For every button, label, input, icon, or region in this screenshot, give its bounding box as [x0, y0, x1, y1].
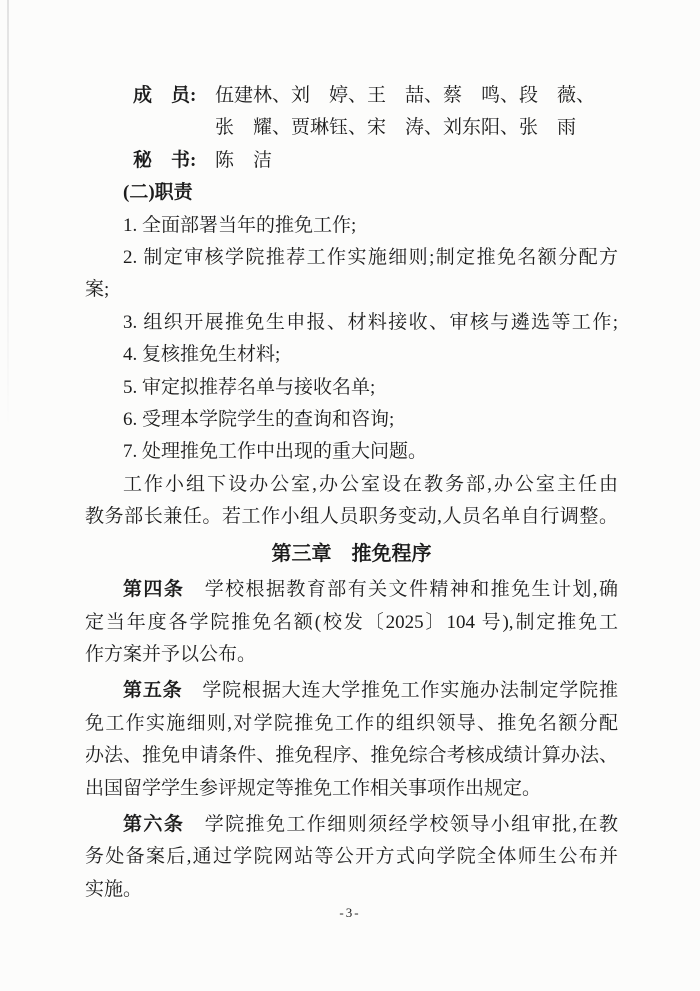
duty-item-2-line-1: 2. 制定审核学院推荐工作实施细则;制定推免名额分配方	[85, 242, 618, 274]
article-6-line-3: 实施。	[85, 874, 618, 906]
members-row: 成 员: 伍建林、刘 婷、王 喆、蔡 鸣、段 薇、	[85, 80, 618, 112]
duty-item-3: 3. 组织开展推免生申报、材料接收、审核与遴选等工作;	[85, 307, 618, 339]
article-4-text: 学校根据教育部有关文件精神和推免生计划,确	[184, 579, 618, 600]
office-paragraph-line-1: 工作小组下设办公室,办公室设在教务部,办公室主任由	[85, 469, 618, 501]
office-paragraph-line-2: 教务部长兼任。若工作小组人员职务变动,人员名单自行调整。	[85, 501, 618, 533]
secretary-label: 秘 书:	[133, 145, 215, 177]
duty-item-6: 6. 受理本学院学生的查询和咨询;	[85, 404, 618, 436]
article-5-line-1: 第五条 学院根据大连大学推免工作实施办法制定学院推	[85, 675, 618, 707]
duty-item-1: 1. 全面部署当年的推免工作;	[85, 210, 618, 242]
chapter-3-heading: 第三章 推免程序	[85, 538, 618, 570]
duty-item-2-line-2: 案;	[85, 274, 618, 306]
duty-item-4: 4. 复核推免生材料;	[85, 339, 618, 371]
members-row-continued: 张 耀、贾琳钰、宋 涛、刘东阳、张 雨	[85, 112, 618, 144]
article-4-term: 第四条	[123, 579, 184, 600]
article-6-text: 学院推免工作细则须经学校领导小组审批,在教	[184, 814, 618, 835]
article-4-line-1: 第四条 学校根据教育部有关文件精神和推免生计划,确	[85, 574, 618, 606]
article-4-line-3: 作方案并予以公布。	[85, 639, 618, 671]
duty-item-5: 5. 审定拟推荐名单与接收名单;	[85, 372, 618, 404]
document-page: 成 员: 伍建林、刘 婷、王 喆、蔡 鸣、段 薇、 张 耀、贾琳钰、宋 涛、刘东…	[0, 0, 700, 991]
scan-edge-artifact	[7, 0, 9, 430]
members-names-line-1: 伍建林、刘 婷、王 喆、蔡 鸣、段 薇、	[215, 80, 595, 112]
article-5-line-3: 办法、推免申请条件、推免程序、推免综合考核成绩计算办法、	[85, 740, 618, 772]
article-6-term: 第六条	[123, 814, 184, 835]
document-body: 成 员: 伍建林、刘 婷、王 喆、蔡 鸣、段 薇、 张 耀、贾琳钰、宋 涛、刘东…	[85, 80, 618, 906]
article-5-term: 第五条	[123, 680, 183, 701]
secretary-name: 陈 洁	[215, 145, 272, 177]
article-5-text: 学院根据大连大学推免工作实施办法制定学院推	[183, 680, 618, 701]
article-6-line-2: 务处备案后,通过学院网站等公开方式向学院全体师生公布并	[85, 841, 618, 873]
members-names-line-2: 张 耀、贾琳钰、宋 涛、刘东阳、张 雨	[215, 117, 576, 138]
article-5-line-4: 出国留学学生参评规定等推免工作相关事项作出规定。	[85, 773, 618, 805]
article-6-line-1: 第六条 学院推免工作细则须经学校领导小组审批,在教	[85, 809, 618, 841]
page-number: -3-	[0, 905, 700, 921]
article-4-line-2: 定当年度各学院推免名额(校发〔2025〕104 号),制定推免工	[85, 607, 618, 639]
secretary-row: 秘 书: 陈 洁	[85, 145, 618, 177]
duty-item-7: 7. 处理推免工作中出现的重大问题。	[85, 436, 618, 468]
members-label: 成 员:	[133, 80, 215, 112]
article-5-line-2: 免工作实施细则,对学院推免工作的组织领导、推免名额分配	[85, 708, 618, 740]
section-2-heading: (二)职责	[85, 177, 618, 209]
